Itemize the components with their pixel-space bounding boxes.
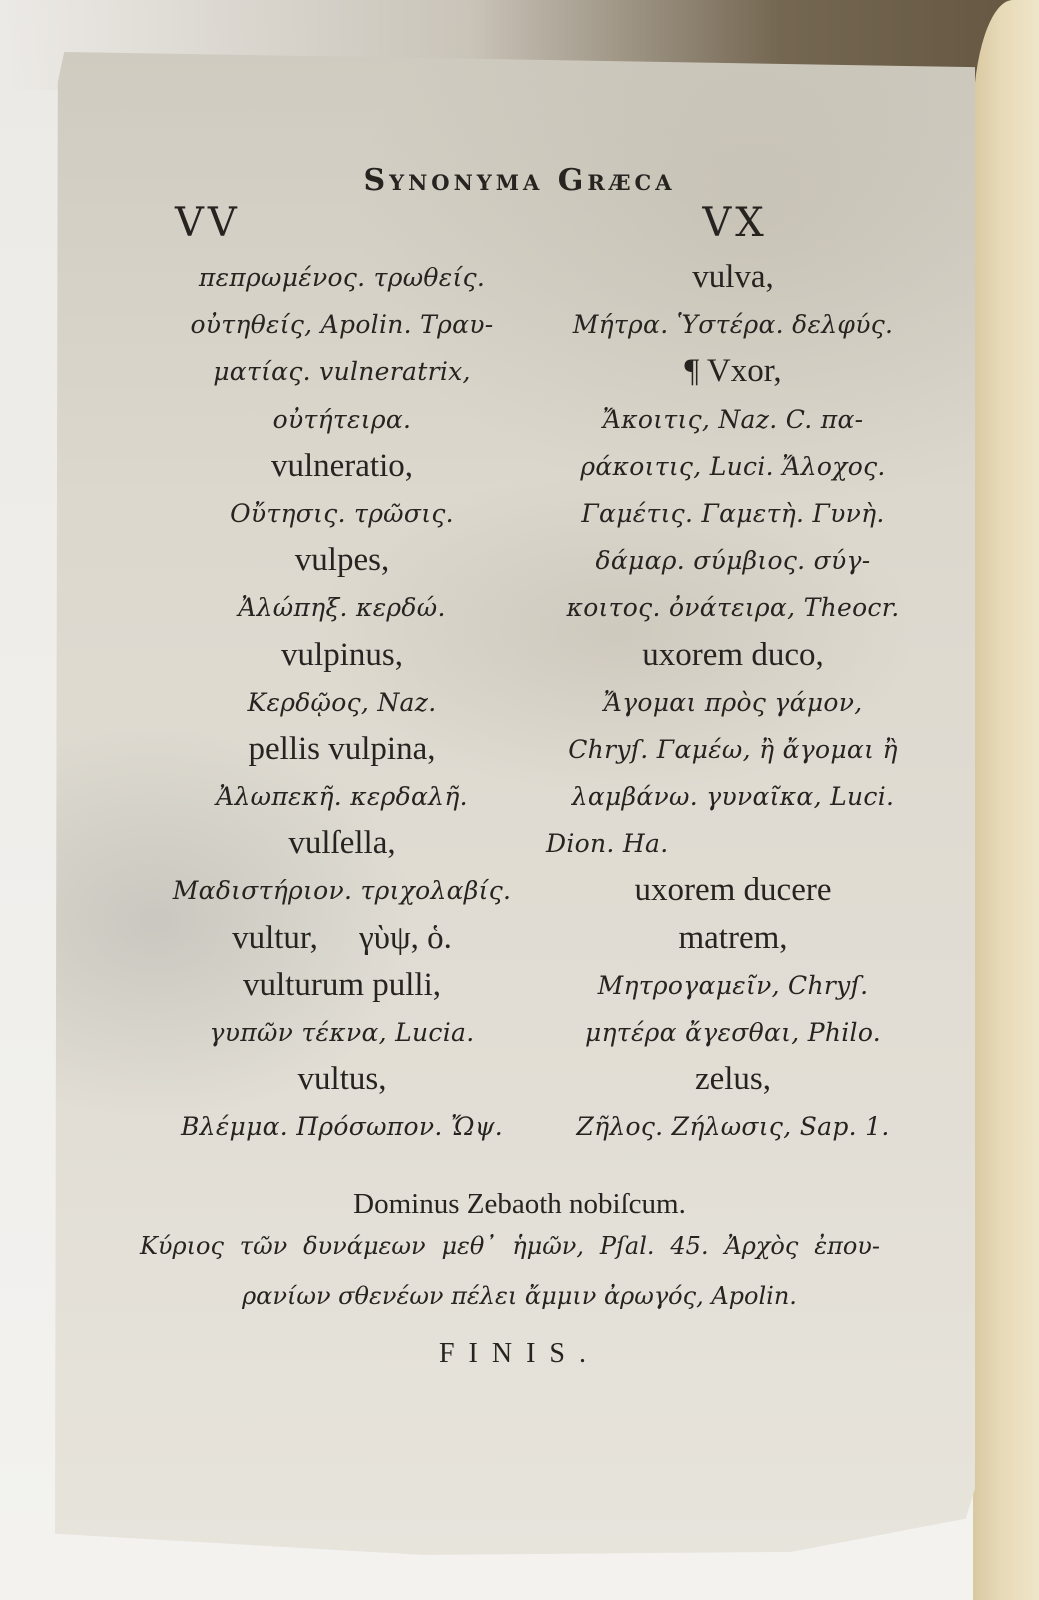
entry-line: μητέρα ἄγεσθαι, Philo. xyxy=(546,1009,920,1056)
left-column: πεπρωμένος. τρωθείς. οὐτηθείς, Apolin. Τ… xyxy=(152,254,532,1151)
finis: FINIS. xyxy=(0,1338,1039,1370)
entry-line: Μήτρα. Ὑστέρα. δελφύς. xyxy=(546,301,920,348)
colophon-greek-line-2: ρανίων σθενέων πέλει ἄμμιν ἀρωγός, Apoli… xyxy=(0,1282,1039,1310)
entry-headword: vulſella, xyxy=(152,820,532,867)
entry-line: Dion. Ha. xyxy=(546,820,920,867)
entry-line: οὐτήτειρα. xyxy=(152,396,532,443)
entry-line: ράκοιτις, Luci. Ἄλοχος. xyxy=(546,443,920,490)
colophon-latin: Dominus Zebaoth nobiſcum. xyxy=(0,1188,1039,1221)
entry-line: ματίας. vulneratrix, xyxy=(152,348,532,395)
entry-headword: vulpes, xyxy=(152,537,532,584)
entry-line: κοιτος. ὀνάτειρα, Theocr. xyxy=(546,584,920,631)
left-column-letter: VV xyxy=(175,200,395,246)
entry-line: Ἀλωπεκῆ. κερδαλῆ. xyxy=(152,773,532,820)
entry-headword: zelus, xyxy=(546,1056,920,1103)
entry-headword: matrem, xyxy=(546,915,920,962)
entry-line: γυπῶν τέκνα, Lucia. xyxy=(152,1009,532,1056)
entry-line: Μητρογαμεῖν, Chryſ. xyxy=(546,962,920,1009)
entry-line: λαμβάνω. γυναῖκα, Luci. xyxy=(546,773,920,820)
entry-headword: vulneratio, xyxy=(152,443,532,490)
entry-headword: uxorem ducere xyxy=(546,867,920,914)
entry-headword: vultur, γὺψ, ὁ. xyxy=(152,915,532,962)
entry-line: Chryſ. Γαμέω, ἢ ἄγομαι ἢ xyxy=(546,726,920,773)
running-head: Synonyma Græca xyxy=(0,163,1039,198)
entry-headword: vulpinus, xyxy=(152,632,532,679)
entry-line: Μαδιστήριον. τριχολαβίς. xyxy=(152,867,532,914)
entry-line: Γαμέτις. Γαμετὴ. Γυνὴ. xyxy=(546,490,920,537)
entry-line: πεπρωμένος. τρωθείς. xyxy=(152,254,532,301)
entry-headword: vulturum pulli, xyxy=(152,962,532,1009)
entry-line: οὐτηθείς, Apolin. Τραυ- xyxy=(152,301,532,348)
entry-headword: ¶ Vxor, xyxy=(546,348,920,395)
entry-headword: vultus, xyxy=(152,1056,532,1103)
entry-headword: pellis vulpina, xyxy=(152,726,532,773)
entry-line: Ἄκοιτις, Naz. C. πα- xyxy=(546,396,920,443)
right-column: vulva, Μήτρα. Ὑστέρα. δελφύς. ¶ Vxor, Ἄκ… xyxy=(546,254,920,1151)
entry-line: Ἄγομαι πρὸς γάμον, xyxy=(546,679,920,726)
entry-line: Οὔτησις. τρῶσις. xyxy=(152,490,532,537)
entry-line: Βλέμμα. Πρόσωπον. Ὤψ. xyxy=(152,1103,532,1150)
entry-headword: uxorem duco, xyxy=(546,632,920,679)
entry-line: δάμαρ. σύμβιος. σύγ- xyxy=(546,537,920,584)
entry-line: Ἀλώπηξ. κερδώ. xyxy=(152,584,532,631)
entry-headword: vulva, xyxy=(546,254,920,301)
entry-line: Ζῆλος. Ζήλωσις, Sap. 1. xyxy=(546,1103,920,1150)
entry-line: Κερδῷος, Naz. xyxy=(152,679,532,726)
colophon-greek-line-1: Κύριος τῶν δυνάμεων μεθ᾽ ἡμῶν, Pſal. 45.… xyxy=(140,1232,880,1260)
right-column-letter: VX xyxy=(655,200,815,246)
